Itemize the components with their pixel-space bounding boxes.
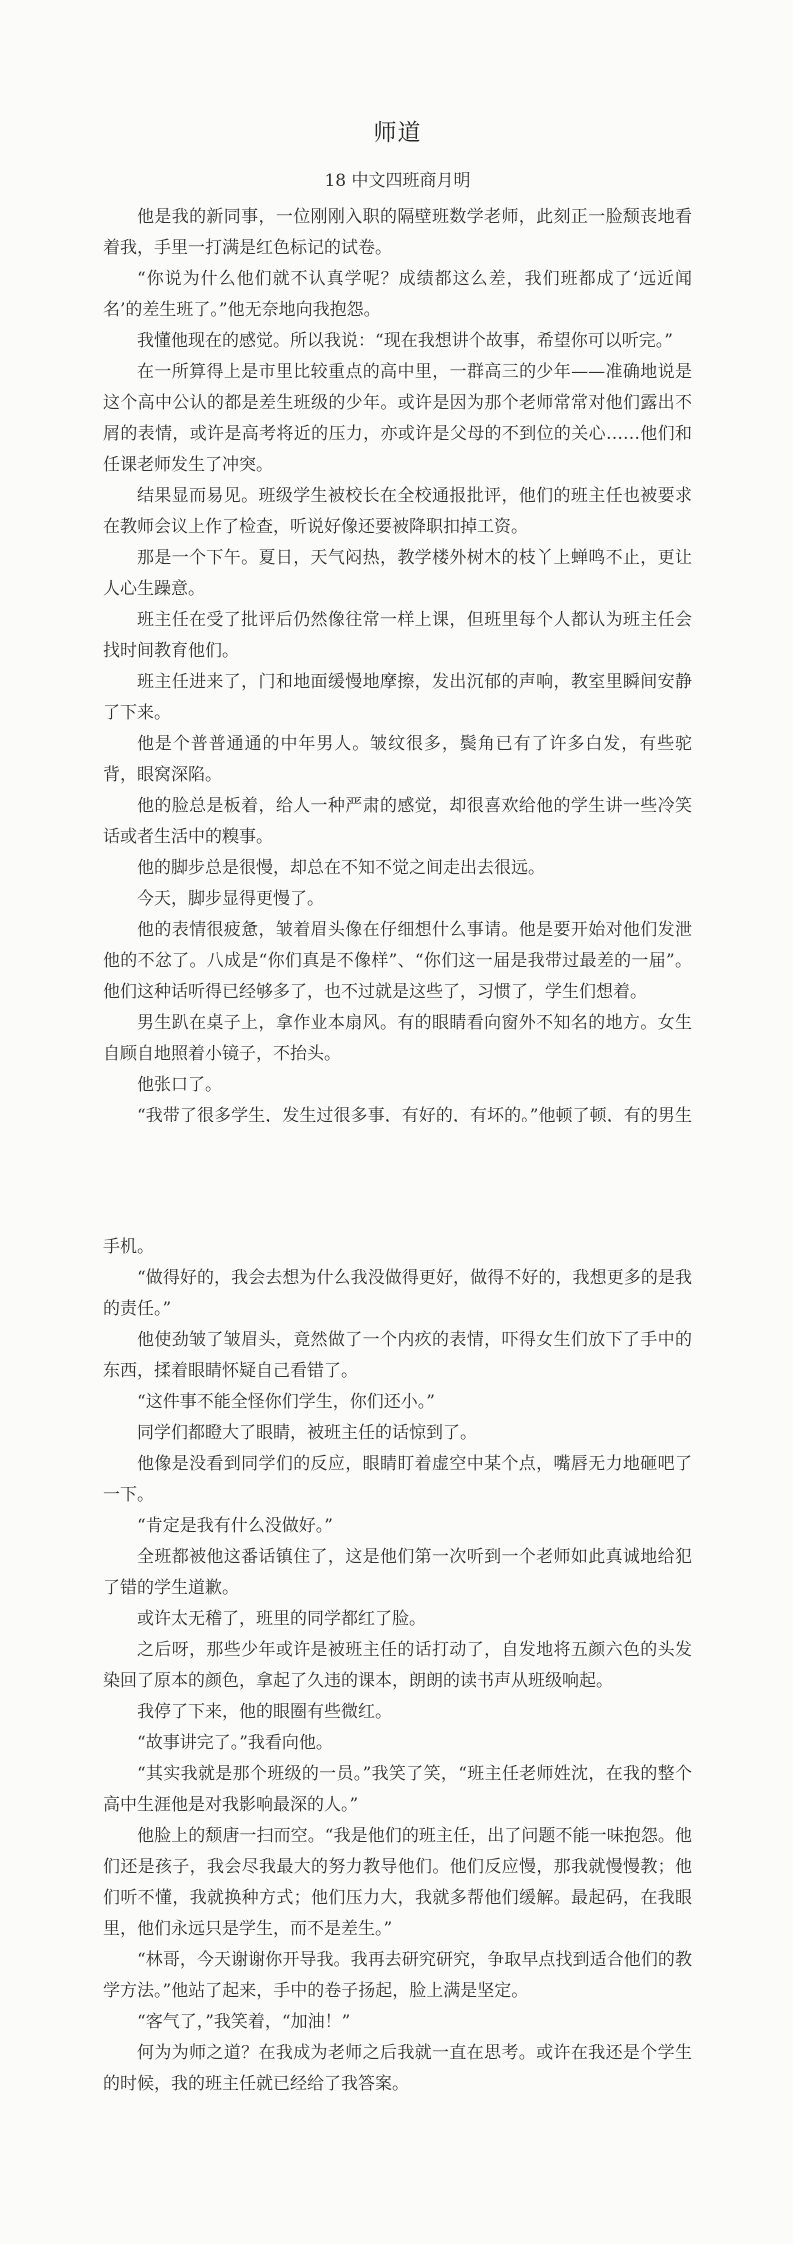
- paragraph: 何为为师之道？在我成为老师之后我就一直在思考。或许在我还是个学生的时候，我的班主…: [103, 2038, 692, 2100]
- paragraph: “客气了，”我笑着，“加油！”: [103, 2007, 692, 2038]
- paragraph: “其实我就是那个班级的一员。”我笑了笑，“班主任老师姓沈，在我的整个高中生涯他是…: [103, 1759, 692, 1821]
- paragraph: 他是我的新同事，一位刚刚入职的隔壁班数学老师，此刻正一脸颓丧地看着我，手里一打满…: [103, 202, 692, 264]
- paragraph: “林哥，今天谢谢你开导我。我再去研究研究，争取早点找到适合他们的教学方法。”他站…: [103, 1945, 692, 2007]
- page-1: 师道 18 中文四班商月明 他是我的新同事，一位刚刚入职的隔壁班数学老师，此刻正…: [0, 0, 793, 1122]
- paragraph: “我带了很多学生，发生过很多事，有好的，有坏的。”他顿了顿，有的男生干脆拿出了: [103, 1101, 692, 1122]
- paragraph: 他的表情很疲惫，皱着眉头像在仔细想什么事请。他是要开始对他们发泄他的不忿了。八成…: [103, 915, 692, 1008]
- paragraph: 班主任进来了，门和地面缓慢地摩擦，发出沉郁的声响，教室里瞬间安静了下来。: [103, 667, 692, 729]
- paragraph: 或许太无稽了，班里的同学都红了脸。: [103, 1604, 692, 1635]
- paragraph: 全班都被他这番话镇住了，这是他们第一次听到一个老师如此真诚地给犯了错的学生道歉。: [103, 1542, 692, 1604]
- paragraph: 同学们都瞪大了眼睛，被班主任的话惊到了。: [103, 1418, 692, 1449]
- page-1-body: 他是我的新同事，一位刚刚入职的隔壁班数学老师，此刻正一脸颓丧地看着我，手里一打满…: [103, 202, 692, 1122]
- paragraph: “你说为什么他们就不认真学呢？成绩都这么差，我们班都成了‘远近闻名’的差生班了。…: [103, 264, 692, 326]
- paragraph: “这件事不能全怪你们学生，你们还小。”: [103, 1387, 692, 1418]
- page-2: 手机。“做得好的，我会去想为什么我没做得更好，做得不好的，我想更多的是我的责任。…: [0, 1122, 793, 2244]
- paragraph: 我懂他现在的感觉。所以我说：“现在我想讲个故事，希望你可以听完。”: [103, 326, 692, 357]
- paragraph: 结果显而易见。班级学生被校长在全校通报批评，他们的班主任也被要求在教师会议上作了…: [103, 481, 692, 543]
- paragraph: 在一所算得上是市里比较重点的高中里，一群高三的少年——准确地说是这个高中公认的都…: [103, 357, 692, 481]
- paragraph: 班主任在受了批评后仍然像往常一样上课，但班里每个人都认为班主任会找时间教育他们。: [103, 605, 692, 667]
- document-title: 师道: [103, 114, 692, 147]
- paragraph: “做得好的，我会去想为什么我没做得更好，做得不好的，我想更多的是我的责任。”: [103, 1263, 692, 1325]
- paragraph: 他是个普普通通的中年男人。皱纹很多，鬓角已有了许多白发，有些驼背，眼窝深陷。: [103, 729, 692, 791]
- paragraph: 他张口了。: [103, 1070, 692, 1101]
- paragraph: 他像是没看到同学们的反应，眼睛盯着虚空中某个点，嘴唇无力地砸吧了一下。: [103, 1449, 692, 1511]
- paragraph: 手机。: [103, 1232, 692, 1263]
- paragraph: “故事讲完了。”我看向他。: [103, 1728, 692, 1759]
- paragraph: 他的脸总是板着，给人一种严肃的感觉，却很喜欢给他的学生讲一些冷笑话或者生活中的糗…: [103, 791, 692, 853]
- paragraph: 之后呀，那些少年或许是被班主任的话打动了，自发地将五颜六色的头发染回了原本的颜色…: [103, 1635, 692, 1697]
- paragraph: 那是一个下午。夏日，天气闷热，教学楼外树木的枝丫上蝉鸣不止，更让人心生躁意。: [103, 543, 692, 605]
- document: 师道 18 中文四班商月明 他是我的新同事，一位刚刚入职的隔壁班数学老师，此刻正…: [0, 0, 793, 2244]
- page-2-body: 手机。“做得好的，我会去想为什么我没做得更好，做得不好的，我想更多的是我的责任。…: [103, 1232, 692, 2100]
- paragraph: 今天，脚步显得更慢了。: [103, 884, 692, 915]
- paragraph: 他脸上的颓唐一扫而空。“我是他们的班主任，出了问题不能一味抱怨。他们还是孩子，我…: [103, 1821, 692, 1945]
- paragraph: 我停了下来，他的眼圈有些微红。: [103, 1697, 692, 1728]
- paragraph: 男生趴在桌子上，拿作业本扇风。有的眼睛看向窗外不知名的地方。女生自顾自地照着小镜…: [103, 1008, 692, 1070]
- paragraph: “肯定是我有什么没做好。”: [103, 1511, 692, 1542]
- paragraph: 他的脚步总是很慢，却总在不知不觉之间走出去很远。: [103, 853, 692, 884]
- document-byline: 18 中文四班商月明: [103, 166, 692, 191]
- paragraph: 他使劲皱了皱眉头，竟然做了一个内疚的表情，吓得女生们放下了手中的东西，揉着眼睛怀…: [103, 1325, 692, 1387]
